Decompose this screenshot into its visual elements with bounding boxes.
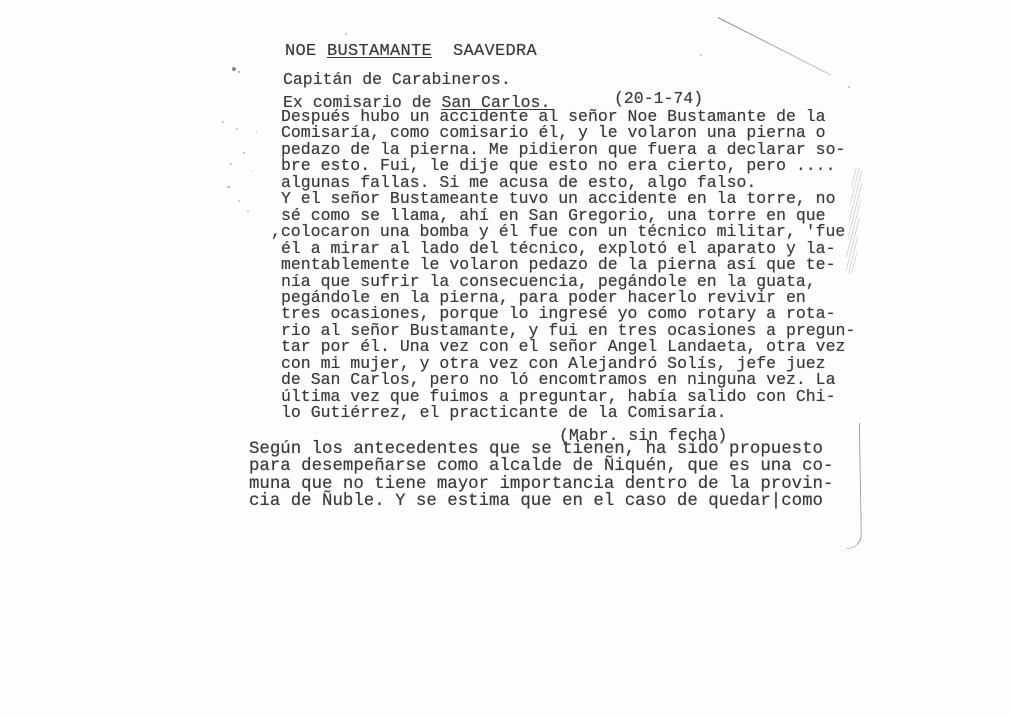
scan-speckle [230, 163, 232, 165]
text-line: muna que no tiene mayor importancia dent… [249, 476, 833, 493]
scan-speckle [238, 200, 240, 202]
assessment-paragraph: Según los antecedentes que se tienen, ha… [249, 441, 833, 510]
text-line: Según los antecedentes que se tienen, ha… [249, 441, 833, 458]
scan-speckle [700, 54, 702, 56]
scan-speckle [256, 131, 257, 133]
text-line: cia de Ñuble. Y se estima que en el caso… [249, 493, 833, 510]
scan-diagonal-line-artifact [718, 17, 832, 76]
text-line: lo Gutiérrez, el practicante de la Comis… [281, 405, 855, 421]
testimony-paragraph: Después hubo un accidente al señor Noe B… [281, 109, 855, 422]
scan-speckle [848, 86, 850, 88]
scanned-document-page: NOE BUSTAMANTE SAAVEDRA Capitán de Carab… [0, 0, 1012, 717]
scan-speckle [227, 186, 230, 188]
scan-speckle [238, 71, 240, 73]
date-annotation: (20-1-74) [614, 89, 703, 108]
title-text: NOE [285, 42, 327, 61]
scan-speckle [247, 210, 249, 212]
scan-speckle [252, 170, 254, 171]
text-line: para desempeñarse como alcalde de Ñiquén… [249, 458, 833, 475]
subtitle-rank: Capitán de Carabineros. [283, 70, 511, 89]
scan-speckle [345, 33, 347, 35]
scan-edge-curve-artifact [844, 423, 862, 549]
scan-speckle [236, 128, 238, 130]
document-title: NOE BUSTAMANTE SAAVEDRA [285, 42, 537, 61]
scan-speckle [243, 152, 245, 154]
scan-speckle [232, 67, 236, 71]
title-text: SAAVEDRA [432, 42, 537, 61]
scan-speckle [222, 121, 224, 123]
title-underlined-surname: BUSTAMANTE [327, 42, 432, 61]
